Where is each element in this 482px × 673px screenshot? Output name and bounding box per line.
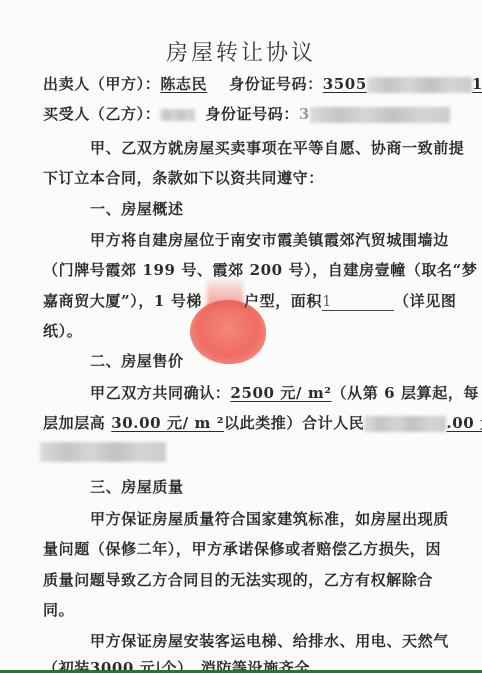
buyer-label: 买受人（乙方）： xyxy=(43,105,160,123)
seller-id-redacted xyxy=(367,77,472,93)
area-value: 1 xyxy=(322,292,394,311)
unit-price: 2500 元/ m² xyxy=(230,384,331,402)
section2-line-2-a: 层加层高 xyxy=(43,414,105,432)
section2-line-1: 甲乙双方共同确认：2500 元/ m²（从第 6 层算起，每 xyxy=(90,382,482,403)
section1-line-3-a: 嘉商贸大厦”），1 号梯 xyxy=(43,292,202,310)
buyer-id-prefix: 3 xyxy=(299,105,310,123)
seller-id-suffix: 1 xyxy=(472,75,482,93)
section3-p1-line-3: 质量问题导致乙方合同目的无法实现的，乙方有权解除合 xyxy=(43,569,453,590)
floor-increment: 30.00 元/ m ² xyxy=(111,414,224,432)
section3-p1-line-2: 量问题（保修二年），甲方承诺保修或者赔偿乙方损失，因 xyxy=(43,538,453,559)
buyer-line: 买受人（乙方）：身份证号码：3 xyxy=(43,103,453,124)
seller-line: 出卖人（甲方）：陈志民身份证号码：35051 xyxy=(43,73,453,94)
seller-id-prefix: 3505 xyxy=(323,75,367,93)
section2-line-2: 层加层高 30.00 元/ m ²以此类推）合计人民.00 元 xyxy=(43,412,453,433)
section2-line-1-a: 甲乙双方共同确认： xyxy=(90,384,230,402)
section1-line-1: 甲方将自建房屋位于南安市霞美镇霞郊汽贸城围墙边 xyxy=(90,229,482,250)
section2-heading: 二、房屋售价 xyxy=(90,350,482,371)
contract-page: 房屋转让协议 出卖人（甲方）：陈志民身份证号码：35051 买受人（乙方）：身份… xyxy=(0,0,482,673)
intro-line-2: 下订立本合同，条款如下以资共同遵守： xyxy=(43,167,453,188)
buyer-name-redacted xyxy=(160,109,195,121)
seller-id-label: 身份证号码： xyxy=(229,75,323,93)
section1-line-2: （门牌号霞郊 199 号、霞郊 200 号），自建房壹幢（取名“梦 xyxy=(43,259,453,280)
section2-line-2-b: 以此类推）合计人民 xyxy=(224,414,364,432)
intro-line-1: 甲、乙双方就房屋买卖事项在平等自愿、协商一致前提 xyxy=(90,137,482,158)
buyer-id-label: 身份证号码： xyxy=(205,105,299,123)
section3-p1-line-4: 同。 xyxy=(43,599,453,620)
section1-line-4: 纸）。 xyxy=(43,320,453,341)
buyer-id-redacted xyxy=(310,107,450,123)
seller-label: 出卖人（甲方）： xyxy=(43,75,160,93)
section1-heading: 一、房屋概述 xyxy=(90,198,482,219)
seller-name: 陈志民 xyxy=(160,75,207,93)
section3-p1-line-1: 甲方保证房屋质量符合国家建筑标准，如房屋出现质 xyxy=(90,508,482,529)
total-words-redacted xyxy=(40,442,166,462)
section3-p2-line-1: 甲方保证房屋安装客运电梯、给排水、用电、天然气 xyxy=(90,630,482,651)
section2-line-1-b: （从第 6 层算起，每 xyxy=(332,384,479,402)
total-redacted xyxy=(364,416,446,432)
section1-line-3-c: （详见图 xyxy=(394,292,456,310)
section3-heading: 三、房屋质量 xyxy=(90,476,482,497)
section1-line-3: 嘉商贸大厦”），1 号梯户型，面积1（详见图 xyxy=(43,290,453,311)
section1-line-3-b: 户型，面积 xyxy=(244,292,322,310)
total-suffix: .00 元 xyxy=(446,414,482,432)
document-title: 房屋转让协议 xyxy=(0,36,482,67)
